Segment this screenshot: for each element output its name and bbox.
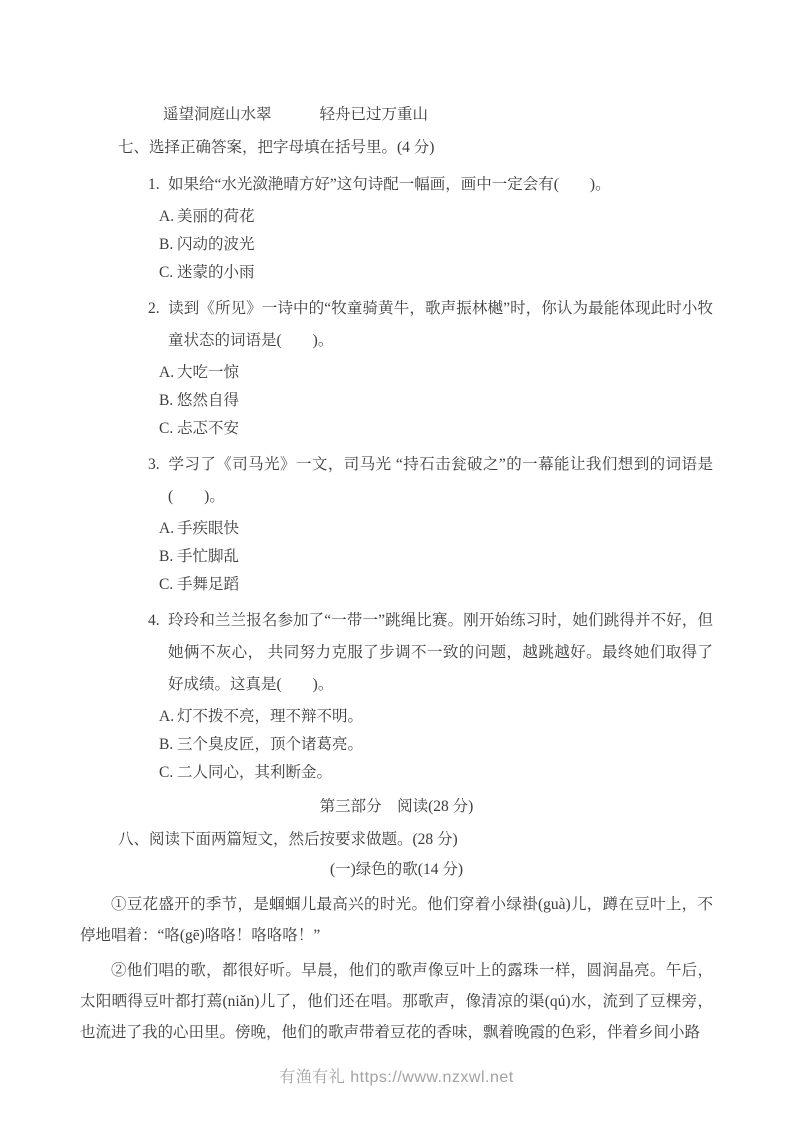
option-text: 三个臭皮匠，顶个诸葛亮。 [177, 736, 363, 753]
question-1: 1.如果给“水光潋滟晴方好”这句诗配一幅画，画中一定会有( )。 [80, 169, 713, 201]
option-letter: B. [159, 543, 177, 571]
option-text: 手舞足蹈 [177, 576, 239, 593]
option-text: 灯不拨不亮，理不辩不明。 [177, 708, 363, 725]
option-text: 大吃一惊 [177, 364, 239, 381]
option-text: 美丽的荷花 [177, 208, 255, 225]
poem-excerpt-right: 轻舟已过万重山 [320, 106, 429, 123]
option-letter: B. [159, 731, 177, 759]
question-1-option-b: B.闪动的波光 [80, 231, 713, 259]
option-letter: B. [159, 387, 177, 415]
exam-document-page: 遥望洞庭山水翠轻舟已过万重山 七、选择正确答案，把字母填在括号里。(4 分) 1… [0, 0, 793, 1122]
question-4-number: 4. [148, 605, 168, 637]
passage-one-title: (一)绿色的歌(14 分) [80, 855, 713, 885]
option-letter: A. [159, 203, 177, 231]
question-4-text: 玲玲和兰兰报名参加了“一带一”跳绳比赛。刚开始练习时，她们跳得并不好，但她俩不灰… [168, 612, 713, 693]
page-content: 遥望洞庭山水翠轻舟已过万重山 七、选择正确答案，把字母填在括号里。(4 分) 1… [0, 0, 793, 1048]
question-3-number: 3. [148, 449, 168, 481]
question-2-number: 2. [148, 293, 168, 325]
question-1-option-a: A.美丽的荷花 [80, 203, 713, 231]
question-2: 2.读到《所见》一诗中的“牧童骑黄牛，歌声振林樾”时，你认为最能体现此时小牧童状… [80, 293, 713, 357]
option-text: 忐忑不安 [177, 420, 239, 437]
option-letter: A. [159, 359, 177, 387]
option-letter: A. [159, 703, 177, 731]
option-text: 二人同心，其利断金。 [177, 764, 332, 781]
option-letter: B. [159, 231, 177, 259]
footer-watermark: 有渔有礼 https://www.nzxwl.net [0, 1064, 793, 1087]
question-3-text: 学习了《司马光》一文，司马光 “持石击瓮破之”的一幕能让我们想到的词语是( )。 [168, 456, 713, 505]
option-text: 迷蒙的小雨 [177, 264, 255, 281]
option-letter: C. [159, 571, 177, 599]
option-text: 手忙脚乱 [177, 548, 239, 565]
question-2-option-b: B.悠然自得 [80, 387, 713, 415]
passage-paragraph-1: ①豆花盛开的季节，是蝈蝈儿最高兴的时光。他们穿着小绿褂(guà)儿，蹲在豆叶上，… [80, 889, 713, 951]
option-letter: C. [159, 415, 177, 443]
question-1-text: 如果给“水光潋滟晴方好”这句诗配一幅画，画中一定会有( )。 [168, 176, 611, 193]
option-text: 闪动的波光 [177, 236, 255, 253]
question-4-option-b: B.三个臭皮匠，顶个诸葛亮。 [80, 731, 713, 759]
question-4-option-c: C.二人同心，其利断金。 [80, 759, 713, 787]
option-text: 手疾眼快 [177, 520, 239, 537]
poem-excerpt-line: 遥望洞庭山水翠轻舟已过万重山 [80, 100, 713, 130]
passage-paragraph-2: ②他们唱的歌，都很好听。早晨，他们的歌声像豆叶上的露珠一样，圆润晶亮。午后，太阳… [80, 955, 713, 1048]
question-1-option-c: C.迷蒙的小雨 [80, 259, 713, 287]
poem-excerpt-left: 遥望洞庭山水翠 [163, 106, 272, 123]
option-letter: A. [159, 515, 177, 543]
section-seven-header: 七、选择正确答案，把字母填在括号里。(4 分) [80, 133, 713, 163]
question-3: 3.学习了《司马光》一文，司马光 “持石击瓮破之”的一幕能让我们想到的词语是( … [80, 449, 713, 513]
option-text: 悠然自得 [177, 392, 239, 409]
question-1-number: 1. [148, 169, 168, 201]
question-3-option-a: A.手疾眼快 [80, 515, 713, 543]
question-3-option-b: B.手忙脚乱 [80, 543, 713, 571]
option-letter: C. [159, 259, 177, 287]
question-2-option-a: A.大吃一惊 [80, 359, 713, 387]
question-2-option-c: C.忐忑不安 [80, 415, 713, 443]
part-three-heading: 第三部分 阅读(28 分) [80, 792, 713, 822]
question-4: 4.玲玲和兰兰报名参加了“一带一”跳绳比赛。刚开始练习时，她们跳得并不好，但她俩… [80, 605, 713, 701]
question-4-option-a: A.灯不拨不亮，理不辩不明。 [80, 703, 713, 731]
question-2-text: 读到《所见》一诗中的“牧童骑黄牛，歌声振林樾”时，你认为最能体现此时小牧童状态的… [168, 300, 713, 349]
question-3-option-c: C.手舞足蹈 [80, 571, 713, 599]
section-eight-header: 八、阅读下面两篇短文，然后按要求做题。(28 分) [80, 825, 713, 855]
option-letter: C. [159, 759, 177, 787]
